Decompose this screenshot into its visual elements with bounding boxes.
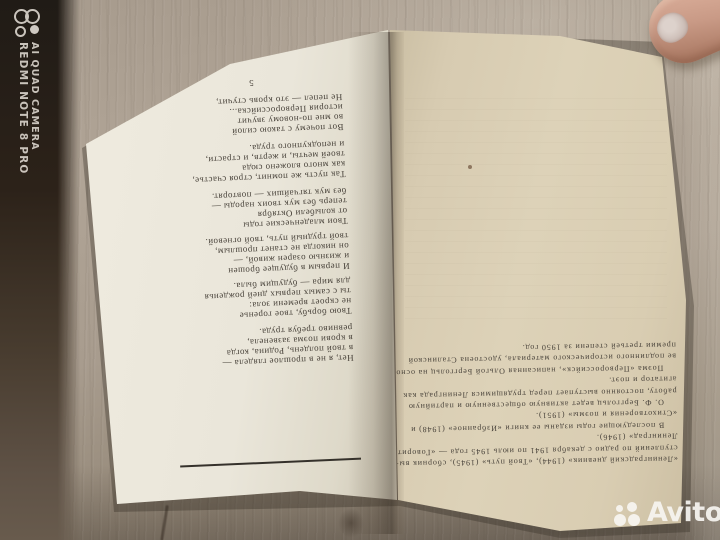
page-left-content: Нет, я не в прошлое глядела —в твой полд…	[141, 66, 374, 490]
book-page-right: «Ленинградский дневник» (1944), «Твой пу…	[385, 28, 695, 538]
fingernail	[651, 7, 693, 48]
avito-watermark: Avito	[608, 497, 720, 531]
avito-watermark-label: Avito	[647, 497, 720, 528]
photo-scene: AI QUAD CAMERA REDMI NOTE 8 PRO Нет, я н…	[0, 0, 720, 540]
book-gutter-shadow	[348, 32, 404, 534]
poem-stanza: Нет, я не в прошлое глядела —в твой полд…	[152, 323, 354, 372]
poem-stanza: Так пусть же помнит, строя счастье,как м…	[144, 139, 346, 188]
camera-watermark-text: AI QUAD CAMERA REDMI NOTE 8 PRO	[16, 42, 41, 175]
paper-blemish	[468, 165, 472, 169]
poem-stanza: Вот почему с такою силойво мне по-новому…	[142, 92, 344, 141]
poem-stanza: Твою борьбу, твое гореньене скроет време…	[150, 276, 352, 325]
biography-text: «Ленинградский дневник» (1944), «Твой пу…	[394, 339, 678, 469]
paragraph: Поэма «Первороссийск», написанная Ольгой…	[394, 339, 677, 378]
camera-watermark-subline: AI QUAD CAMERA	[29, 42, 41, 175]
camera-watermark-brand: REDMI NOTE 8 PRO	[16, 42, 29, 175]
quad-camera-icon	[15, 9, 41, 35]
avito-dots-logo	[608, 497, 644, 531]
camera-watermark: AI QUAD CAMERA REDMI NOTE 8 PRO	[8, 9, 48, 179]
paragraph: О. Ф. Берггольц ведет активную обществен…	[394, 373, 677, 412]
ink-showthrough	[405, 98, 667, 328]
poem-stanza: Твои младенческие годыот колыбели Октябр…	[146, 186, 348, 235]
section-divider-line	[180, 457, 361, 467]
page-right-content: «Ленинградский дневник» (1944), «Твой пу…	[391, 335, 684, 486]
poem-stanza: И первым в будущее брошени жизнью озарен…	[148, 231, 350, 280]
paragraph: «Ленинградский дневник» (1944), «Твой пу…	[395, 430, 678, 469]
